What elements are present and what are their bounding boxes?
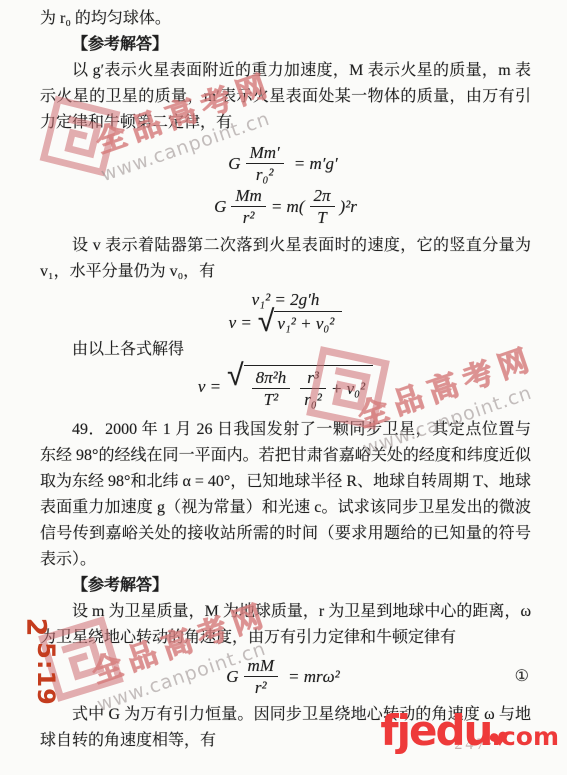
fraction-denominator: r² [231, 207, 265, 227]
fraction: Mm r² [231, 186, 265, 227]
equation-vertical-velocity: v₁² = 2g′h [40, 290, 531, 310]
fraction: Mm′ r₀² [246, 143, 284, 184]
formula-term: = mrω² [288, 667, 340, 687]
square-root: √ v₁² + v₀² [258, 311, 343, 334]
fraction-numerator: Mm′ [246, 143, 284, 164]
formula-term: G [228, 154, 240, 174]
fraction-numerator: Mm [231, 186, 265, 207]
formula-term: )²r [340, 197, 357, 217]
paragraph-lander-velocity: 设 v 表示着陆器第二次落到火星表面时的速度，它的竖直分量为 v₁，水平分量仍为… [40, 233, 531, 285]
fraction-denominator: r² [244, 677, 278, 697]
answer-heading-1: 【参考解答】 [40, 32, 531, 58]
formula-term: v = [229, 313, 252, 333]
radical-sign: √ [258, 311, 274, 333]
formula-term: G [226, 667, 238, 687]
fraction: mM r² [244, 656, 278, 697]
paragraph-question-49: 49．2000 年 1 月 26 日我国发射了一颗同步卫星，其定点位置与东经 9… [40, 417, 531, 573]
scanned-document-page: 为 r₀ 的均匀球体。 【参考解答】 以 g′表示火星表面附近的重力加速度，M … [0, 0, 567, 775]
radical-sign: √ [227, 365, 243, 387]
formula-term: v = [198, 377, 221, 397]
equation-number: ① [515, 667, 529, 687]
formula-term: G [214, 197, 226, 217]
equation-earth-orbit: G mM r² = mrω² ① [40, 656, 531, 697]
fraction-denominator: T [310, 207, 335, 227]
fraction: 2π T [310, 186, 335, 227]
equation-mars-orbit: G Mm r² = m( 2π T )²r [40, 186, 531, 227]
page-number: ·247· [446, 736, 496, 754]
paragraph-continued: 为 r₀ 的均匀球体。 [40, 6, 531, 32]
radicand: v₁² + v₀² [274, 311, 342, 334]
equation-mars-surface-gravity: G Mm′ r₀² = m′g′ [40, 143, 531, 184]
fraction-denominator: T² [252, 389, 291, 409]
fraction: r³ r₀² [300, 368, 326, 409]
paragraph-mars-setup: 以 g′表示火星表面附近的重力加速度，M 表示火星的质量，m 表示火星的卫星的质… [40, 58, 531, 136]
fraction-numerator: mM [244, 656, 278, 677]
equation-final-velocity: v = √ 8π²h T² r³ r₀² + v₀² [40, 365, 531, 409]
fraction-denominator: r₀² [300, 389, 326, 409]
paragraph-satellite-setup: 设 m 为卫星质量，M 为地球质量，r 为卫星到地球中心的距离，ω 为卫星绕地心… [40, 599, 531, 651]
fraction-numerator: r³ [300, 368, 326, 389]
formula-term: + v₀² [331, 379, 365, 399]
fraction-numerator: 2π [310, 186, 335, 207]
document-text-column: 为 r₀ 的均匀球体。 【参考解答】 以 g′表示火星表面附近的重力加速度，M … [40, 6, 531, 754]
formula-term: = m( [271, 197, 305, 217]
radicand: 8π²h T² r³ r₀² + v₀² [244, 365, 374, 409]
equation-velocity-magnitude: v = √ v₁² + v₀² [40, 311, 531, 334]
fraction-numerator: 8π²h [252, 368, 291, 389]
answer-heading-2: 【参考解答】 [40, 573, 531, 599]
fraction: 8π²h T² [252, 368, 291, 409]
fraction-denominator: r₀² [246, 164, 284, 184]
formula-term: = m′g′ [294, 154, 338, 174]
square-root: √ 8π²h T² r³ r₀² + v₀² [227, 365, 373, 409]
paragraph-solve: 由以上各式解得 [40, 337, 531, 363]
